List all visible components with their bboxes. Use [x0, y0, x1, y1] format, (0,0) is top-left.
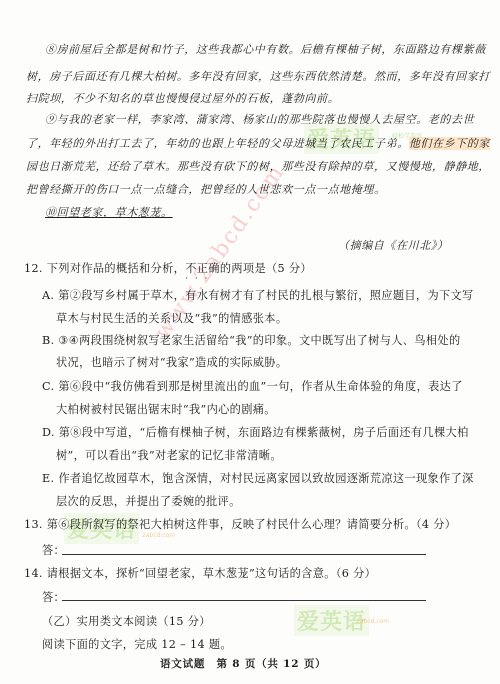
option-e-line-2: 层次的反思，并提出了委婉的批评。	[56, 495, 241, 509]
question-13-answer-label: 答：	[42, 544, 65, 558]
paragraph-9-line-4: 把曾经撕开的伤口一点一点缝合，把曾经的人世悲欢一点一点地掩埋。	[26, 183, 386, 197]
question-12-stem-text: 12. 下列对作品的概括和分析，	[24, 262, 185, 275]
option-b-line-1: B. ③④两段围绕树叙写老家生活留给“我”的印象。文中既写出了树与人、鸟相处的	[42, 334, 460, 348]
section-instruction: 阅读下面的文字，完成 12 – 14 题。	[42, 638, 232, 652]
option-c-line-2: 大柏树被村民锯出锯末时“我”内心的剧痛。	[56, 403, 276, 417]
paragraph-9-line-2-text: 了，年轻的外出打工去了，年幼的也跟上年轻的父母进城当了农民工子弟。	[26, 137, 409, 150]
paragraph-9-line-2: 了，年轻的外出打工去了，年幼的也跟上年轻的父母进城当了农民工子弟。他们在乡下的家	[26, 137, 490, 151]
option-c-line-1: C. 第⑥段中“我仿佛看到那是树里流出的血”一句，作者从生命体验的角度，表达了	[42, 380, 463, 394]
url-watermark-bottom: 2abcd.com	[356, 618, 389, 625]
paragraph-10: ⑩回望老家，草木葱茏。	[45, 206, 173, 220]
question-12-score: 的两项是（5 分）	[220, 262, 312, 275]
emphasized-text: 不正确	[185, 262, 220, 275]
exam-page: www.2abcd.com 爱英语 轻松学英语 爱英语 2abcd.com 爱英…	[0, 0, 500, 684]
option-a-line-2: 草木与村民生活的关系以及“我”的情感张本。	[56, 312, 287, 326]
paragraph-8-line-2: 树，房子后面还有几棵大柏树。多年没有回家，这些东西依然清楚。然而，多年没有回家打	[26, 70, 490, 84]
paragraph-8-line-1: ⑧房前屋后全都是树和竹子，这些我都心中有数。后檐有棵柚子树，东面路边有棵紫薇	[45, 43, 486, 57]
highlighted-text: 他们在乡下的家	[409, 137, 490, 150]
question-14-answer-label: 答：	[42, 591, 65, 605]
paragraph-8-line-3: 扫院坝，不少不知名的草也慢慢侵过屋外的石板，蓬勃向前。	[26, 92, 339, 106]
option-b-line-2: 状况，也暗示了树对“我家”造成的实际威胁。	[56, 356, 287, 370]
question-13-answer-field[interactable]	[62, 554, 426, 555]
question-14-answer-field[interactable]	[62, 600, 426, 601]
option-d-line-1: D. 第⑧段中写道，“后檐有棵柚子树，东面路边有棵紫薇树，房子后面还有几棵大柏	[42, 426, 469, 440]
option-e-line-1: E. 作者追忆故园草木，饱含深情，对村民远离家园以致故园逐渐荒凉这一现象作了深	[42, 472, 474, 486]
option-d-line-2: 树”，可以看出“我”对老家的记忆非常清晰。	[56, 449, 282, 463]
url-watermark-mid: 2abcd.com	[142, 532, 175, 539]
question-13-stem: 13. 第⑥段所叙写的祭祀大柏树这件事，反映了村民什么心理？请简要分析。（4 分…	[24, 518, 456, 532]
source-citation: （摘编自《在川北》）	[338, 239, 449, 253]
section-title: （乙）实用类文本阅读（15 分）	[42, 615, 211, 629]
paragraph-9-line-3: 园也日渐荒芜，还给了草木。那些没有砍下的树，那些没有除掉的草，又慢慢地，静静地，	[26, 160, 490, 174]
paragraph-9-line-1: ⑨与我的老家一样，李家湾、蒲家湾、杨家山的那些院落也慢慢人去屋空。老的去世	[45, 113, 474, 127]
option-a-line-1: A. 第②段写乡村属于草木，有水有树才有了村民的扎根与繁衍，照应题目，为下文写	[42, 289, 474, 303]
question-14-stem: 14. 请根据文本，探析“回望老家，草木葱茏”这句话的含意。（6 分）	[24, 567, 376, 581]
page-footer: 语文试题 第 8 页（共 12 页）	[160, 657, 326, 671]
question-12-stem: 12. 下列对作品的概括和分析，不正确的两项是（5 分）	[24, 262, 312, 276]
